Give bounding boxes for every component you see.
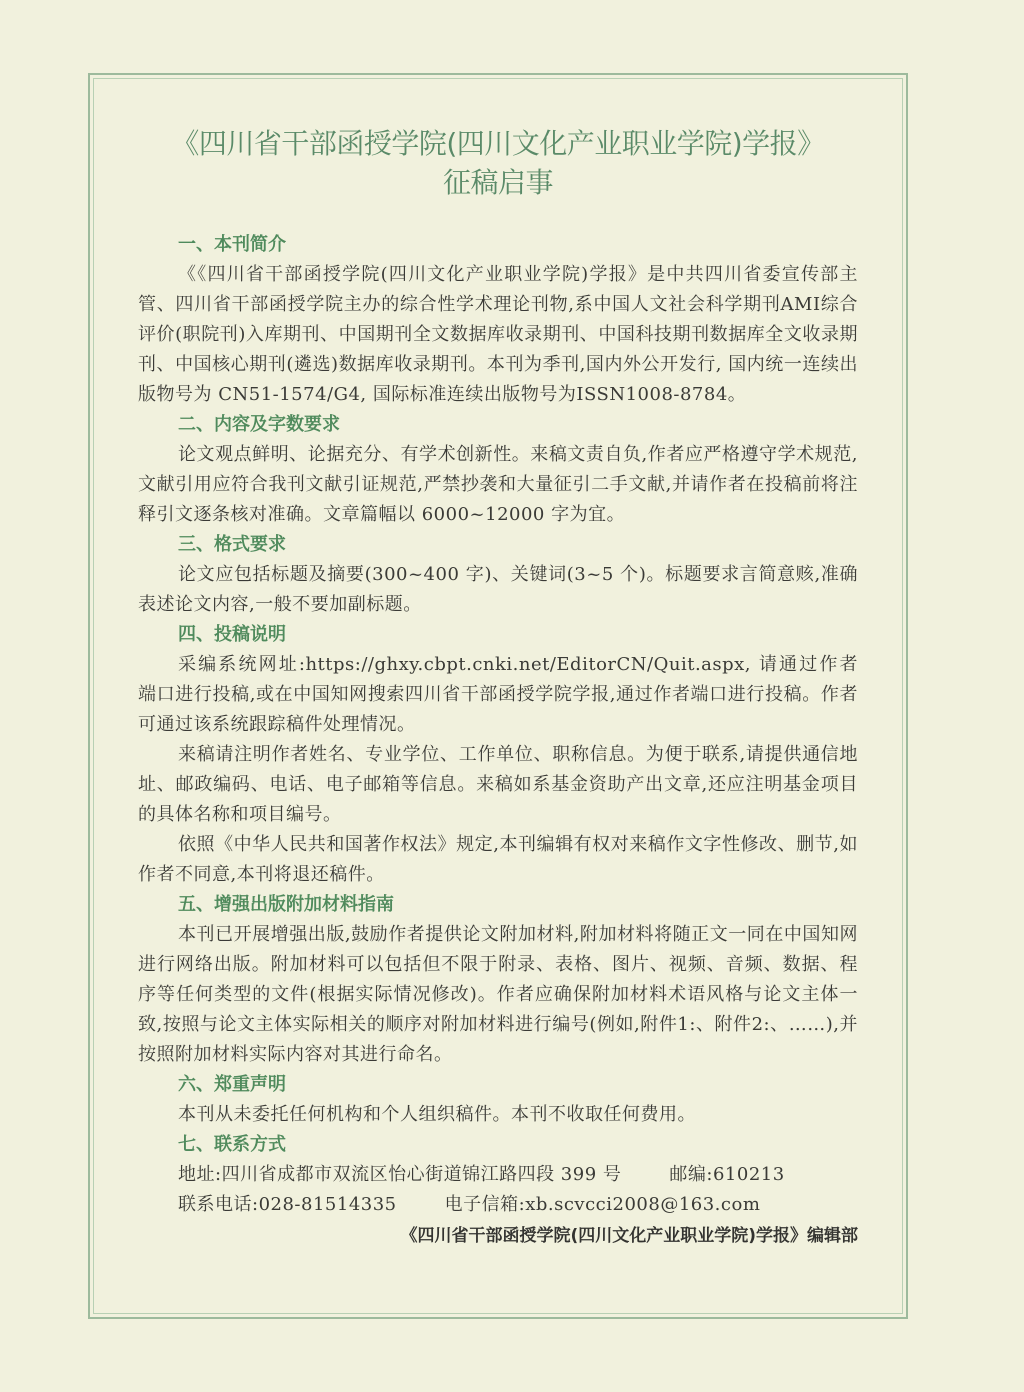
- section-introduction: 一、本刊简介 《《四川省干部函授学院(四川文化产业职业学院)学报》是中共四川省委…: [138, 230, 858, 410]
- section-heading: 三、格式要求: [138, 530, 858, 560]
- section-paragraph-copyright: 依照《中华人民共和国著作权法》规定,本刊编辑有权对来稿作文字性修改、删节,如作者…: [138, 830, 858, 890]
- page-subtitle: 征稿启事: [100, 164, 896, 202]
- section-submission-instructions: 四、投稿说明 采编系统网址:https://ghxy.cbpt.cnki.net…: [138, 620, 858, 890]
- section-declaration: 六、郑重声明 本刊从未委托任何机构和个人组织稿件。本刊不收取任何费用。: [138, 1070, 858, 1130]
- section-heading: 四、投稿说明: [138, 620, 858, 650]
- section-heading: 一、本刊简介: [138, 230, 858, 260]
- section-enhanced-publishing: 五、增强出版附加材料指南 本刊已开展增强出版,鼓励作者提供论文附加材料,附加材料…: [138, 890, 858, 1070]
- notice-body: 一、本刊简介 《《四川省干部函授学院(四川文化产业职业学院)学报》是中共四川省委…: [138, 230, 858, 1252]
- section-paragraph: 本刊已开展增强出版,鼓励作者提供论文附加材料,附加材料将随正文一同在中国知网进行…: [138, 920, 858, 1070]
- section-paragraph: 论文应包括标题及摘要(300~400 字)、关键词(3~5 个)。标题要求言简意…: [138, 560, 858, 620]
- address-label: 地址:: [178, 1164, 222, 1185]
- contact-phone-email-line: 联系电话:028-81514335电子信箱:xb.scvcci2008@163.…: [138, 1190, 858, 1220]
- section-format-requirements: 三、格式要求 论文应包括标题及摘要(300~400 字)、关键词(3~5 个)。…: [138, 530, 858, 620]
- contact-address-line: 地址:四川省成都市双流区怡心街道锦江路四段 399 号邮编:610213: [138, 1160, 858, 1190]
- section-paragraph: 论文观点鲜明、论据充分、有学术创新性。来稿文责自负,作者应严格遵守学术规范,文献…: [138, 440, 858, 530]
- section-paragraph-submission-url: 采编系统网址:https://ghxy.cbpt.cnki.net/Editor…: [138, 650, 858, 740]
- phone-label: 联系电话:: [178, 1194, 259, 1215]
- email-label: 电子信箱:: [445, 1194, 526, 1215]
- section-content-requirements: 二、内容及字数要求 论文观点鲜明、论据充分、有学术创新性。来稿文责自负,作者应严…: [138, 410, 858, 530]
- section-paragraph-author-info: 来稿请注明作者姓名、专业学位、工作单位、职称信息。为便于联系,请提供通信地址、邮…: [138, 740, 858, 830]
- postcode-value: 610213: [713, 1164, 785, 1185]
- address-value: 四川省成都市双流区怡心街道锦江路四段 399 号: [222, 1164, 622, 1185]
- phone-value: 028-81514335: [259, 1194, 397, 1215]
- editorial-office-signature: 《四川省干部函授学院(四川文化产业职业学院)学报》编辑部: [138, 1220, 858, 1252]
- email-link[interactable]: xb.scvcci2008@163.com: [525, 1194, 760, 1215]
- section-heading: 七、联系方式: [138, 1130, 858, 1160]
- section-paragraph: 本刊从未委托任何机构和个人组织稿件。本刊不收取任何费用。: [138, 1100, 858, 1130]
- section-contact: 七、联系方式 地址:四川省成都市双流区怡心街道锦江路四段 399 号邮编:610…: [138, 1130, 858, 1220]
- page-title: 《四川省干部函授学院(四川文化产业职业学院)学报》: [100, 125, 896, 163]
- postcode-label: 邮编:: [669, 1164, 713, 1185]
- section-heading: 二、内容及字数要求: [138, 410, 858, 440]
- section-paragraph: 《《四川省干部函授学院(四川文化产业职业学院)学报》是中共四川省委宣传部主管、四…: [138, 260, 858, 410]
- section-heading: 六、郑重声明: [138, 1070, 858, 1100]
- section-heading: 五、增强出版附加材料指南: [138, 890, 858, 920]
